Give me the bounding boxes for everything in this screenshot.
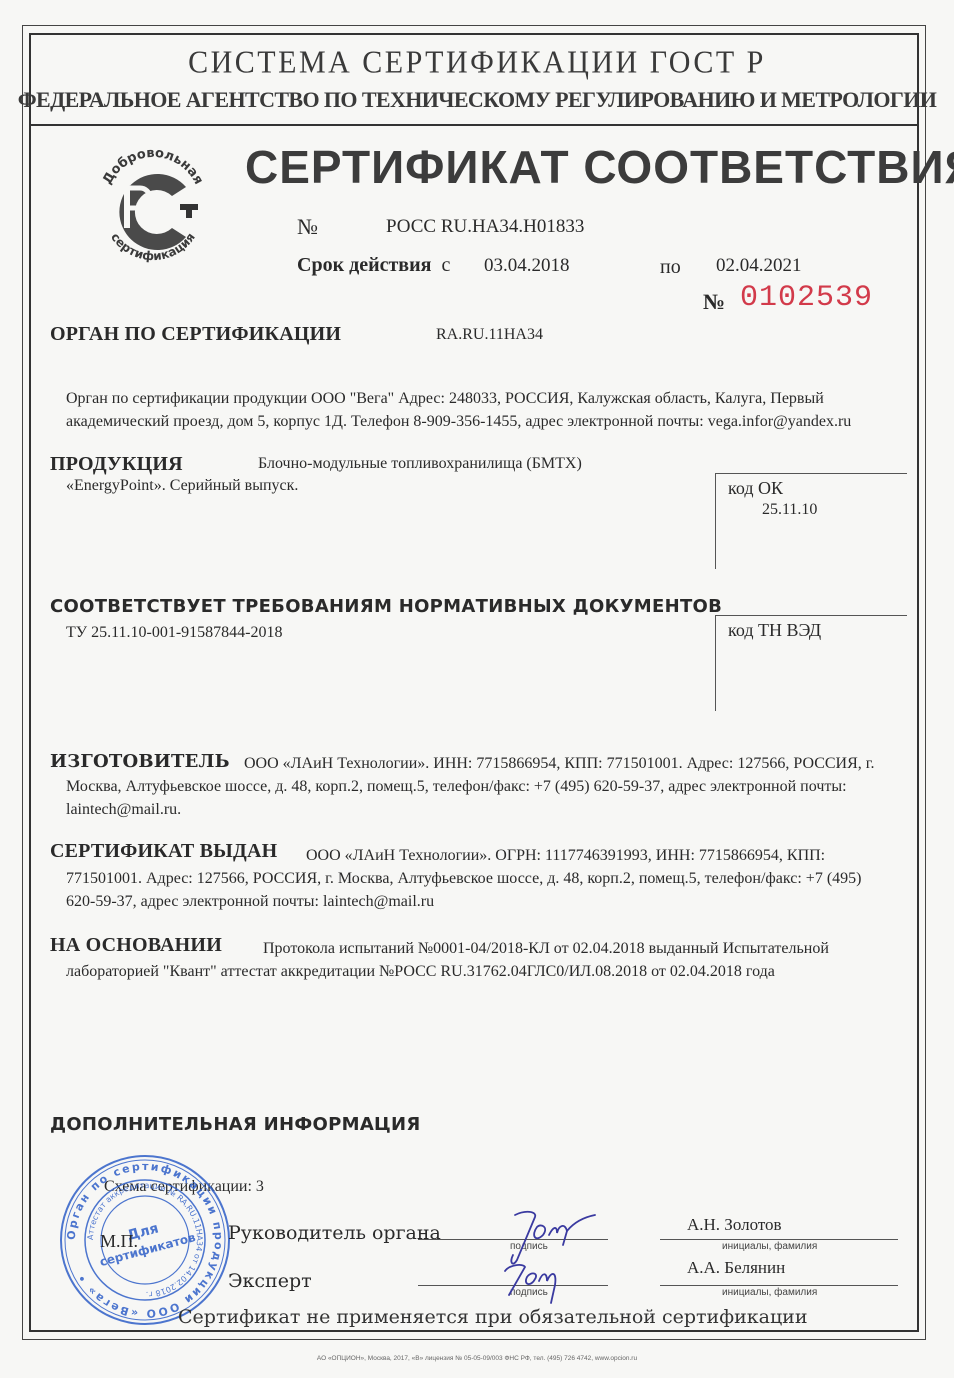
normative-document: ТУ 25.11.10-001-91587844-2018 [66,624,283,642]
expert-label: Эксперт [228,1270,312,1292]
gost-r-voluntary-logo: Добровольная сертификация [88,142,218,272]
signature-icon [495,1205,605,1305]
header-divider [29,124,919,126]
blank-serial-number: 0102539 [740,281,873,315]
certification-body-line-1: Орган по сертификации продукции ООО "Вег… [66,388,824,411]
product-name: Блочно-модульные топливохранилища (БМТХ) [258,455,582,473]
ok-code-box: код ОК 25.11.10 [715,473,907,569]
certification-body-stamp: Орган по сертификации продукции ООО «Вег… [55,1150,235,1330]
additional-info-heading: ДОПОЛНИТЕЛЬНАЯ ИНФОРМАЦИЯ [50,1114,421,1135]
round-stamp-icon: Орган по сертификации продукции ООО «Вег… [55,1150,235,1330]
compliance-heading: СООТВЕТСТВУЕТ ТРЕБОВАНИЯМ НОРМАТИВНЫХ ДО… [50,596,722,617]
from-label: с [441,254,450,276]
certificate-number: РОСС RU.НА34.Н01833 [386,216,584,238]
handwritten-signatures [495,1205,605,1305]
voluntary-notice: Сертификат не применяется при обязательн… [178,1306,808,1328]
issued-to-line-3: 620-59-37, адрес электронной почты: lain… [66,891,434,914]
product-name-cont: «EnergyPoint». Серийный выпуск. [66,477,298,495]
head-of-body-label: Руководитель органа [228,1222,441,1244]
head-name-caption: инициалы, фамилия [722,1241,817,1252]
valid-to: 02.04.2021 [716,255,802,277]
head-name: А.Н. Золотов [687,1215,782,1235]
ok-code-label: код ОК [728,478,783,499]
certification-body-heading: ОРГАН ПО СЕРТИФИКАЦИИ [50,323,341,346]
tn-ved-label: код ТН ВЭД [728,620,821,641]
valid-from: 03.04.2018 [484,255,570,277]
expert-name: А.А. Белянин [687,1258,785,1278]
blank-serial-label: № [703,289,725,315]
certification-body-line-2: академический проезд, дом 5, корпус 1Д. … [66,411,851,434]
certificate-number-label: № [297,214,318,240]
basis-line-2: лабораторией "Квант" аттестат аккредитац… [66,961,775,984]
agency-name: ФЕДЕРАЛЬНОЕ АГЕНТСТВО ПО ТЕХНИЧЕСКОМУ РЕ… [0,87,954,113]
validity-label: Срок действия с [297,254,450,277]
system-title: СИСТЕМА СЕРТИФИКАЦИИ ГОСТ Р [0,45,954,81]
rst-logo-icon: Добровольная сертификация [88,142,218,272]
certificate-title: СЕРТИФИКАТ СООТВЕТСТВИЯ [245,140,954,194]
ok-code-value: 25.11.10 [762,501,817,519]
issued-to-line-1: ООО «ЛАиН Технологии». ОГРН: 11177463919… [306,845,825,868]
expert-name-caption: инициалы, фамилия [722,1287,817,1298]
tn-ved-code-box: код ТН ВЭД [715,615,907,711]
head-name-line [660,1239,898,1240]
basis-heading: НА ОСНОВАНИИ [50,934,222,957]
manufacturer-line-3: laintech@mail.ru. [66,799,181,822]
manufacturer-line-1: ООО «ЛАиН Технологии». ИНН: 7715866954, … [244,753,875,776]
valid-to-label: по [660,256,681,279]
certification-body-code: RA.RU.11НА34 [436,326,543,344]
issued-to-heading: СЕРТИФИКАТ ВЫДАН [50,840,277,863]
issued-to-line-2: 771501001. Адрес: 127566, РОССИЯ, г. Мос… [66,868,861,891]
stamp-place-label: М.П. [100,1231,138,1252]
printer-footer: АО «ОПЦИОН», Москва, 2017, «В» лицензия … [0,1355,954,1362]
basis-line-1: Протокола испытаний №0001-04/2018-КЛ от … [263,938,829,961]
validity-label-text: Срок действия [297,254,431,276]
manufacturer-heading: ИЗГОТОВИТЕЛЬ [50,751,230,772]
manufacturer-line-2: Москва, Алтуфьевское шоссе, д. 48, корп.… [66,776,847,799]
expert-name-line [660,1285,898,1286]
product-heading: ПРОДУКЦИЯ [50,453,183,476]
